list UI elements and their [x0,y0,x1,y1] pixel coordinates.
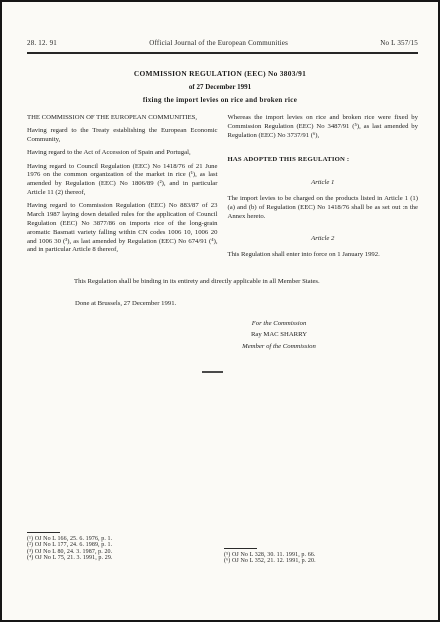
signature-for-commission: For the Commission [159,318,399,330]
right-column: Whereas the import levies on rice and br… [228,114,419,260]
regulation-title-number: COMMISSION REGULATION (EEC) No 3803/91 [2,69,438,78]
article-1-heading: Article 1 [228,179,419,188]
signature-name: Ray MAC SHARRY [159,329,399,341]
footnote-item: (⁴) OJ No L 75, 21. 3. 1991, p. 29. [27,555,113,561]
binding-formula: This Regulation shall be binding in its … [74,278,352,287]
enacting-formula: HAS ADOPTED THIS REGULATION : [228,156,419,165]
journal-page: 28. 12. 91 Official Journal of the Europ… [0,0,440,622]
article-2-body: This Regulation shall enter into force o… [228,251,419,260]
footnotes-right: (⁵) OJ No L 328, 30. 11. 1991, p. 66. (⁶… [224,548,316,565]
closing-section: This Regulation shall be binding in its … [27,278,418,352]
body-columns: THE COMMISSION OF THE EUROPEAN COMMUNITI… [27,114,418,260]
footnote-item: (⁶) OJ No L 352, 21. 12. 1991, p. 20. [224,558,316,564]
header-rule [27,52,418,54]
regulation-title-date: of 27 December 1991 [2,83,438,91]
place-date-line: Done at Brussels, 27 December 1991. [75,300,418,309]
header-date: 28. 12. 91 [27,39,57,47]
end-of-act-divider [202,371,223,373]
footnote-rule-left [27,532,60,533]
citation-treaty: Having regard to the Treaty establishing… [27,127,218,145]
citation-regulation-883-87: Having regard to Commission Regulation (… [27,202,218,255]
page-header: 28. 12. 91 Official Journal of the Europ… [27,39,418,47]
citation-act-of-accession: Having regard to the Act of Accession of… [27,149,218,158]
signature-role: Member of the Commission [159,341,399,353]
citation-regulation-1418-76: Having regard to Council Regulation (EEC… [27,163,218,198]
regulation-title-subject: fixing the import levies on rice and bro… [2,96,438,104]
header-issue-number: No L 357/15 [380,39,418,47]
article-2-heading: Article 2 [228,235,419,244]
header-journal-title: Official Journal of the European Communi… [57,39,380,47]
left-column: THE COMMISSION OF THE EUROPEAN COMMUNITI… [27,114,218,260]
recital-whereas: Whereas the import levies on rice and br… [228,114,419,140]
regulation-title: COMMISSION REGULATION (EEC) No 3803/91 o… [2,69,438,104]
footnotes-left: (¹) OJ No L 166, 25. 6. 1976, p. 1. (²) … [27,532,113,562]
article-1-body: The import levies to be charged on the p… [228,195,419,221]
signature-block: For the Commission Ray MAC SHARRY Member… [159,318,399,353]
commission-opening-line: THE COMMISSION OF THE EUROPEAN COMMUNITI… [27,114,218,123]
footnote-item: (²) OJ No L 177, 24. 6. 1989, p. 1. [27,542,113,548]
footnote-rule-right [224,548,257,549]
